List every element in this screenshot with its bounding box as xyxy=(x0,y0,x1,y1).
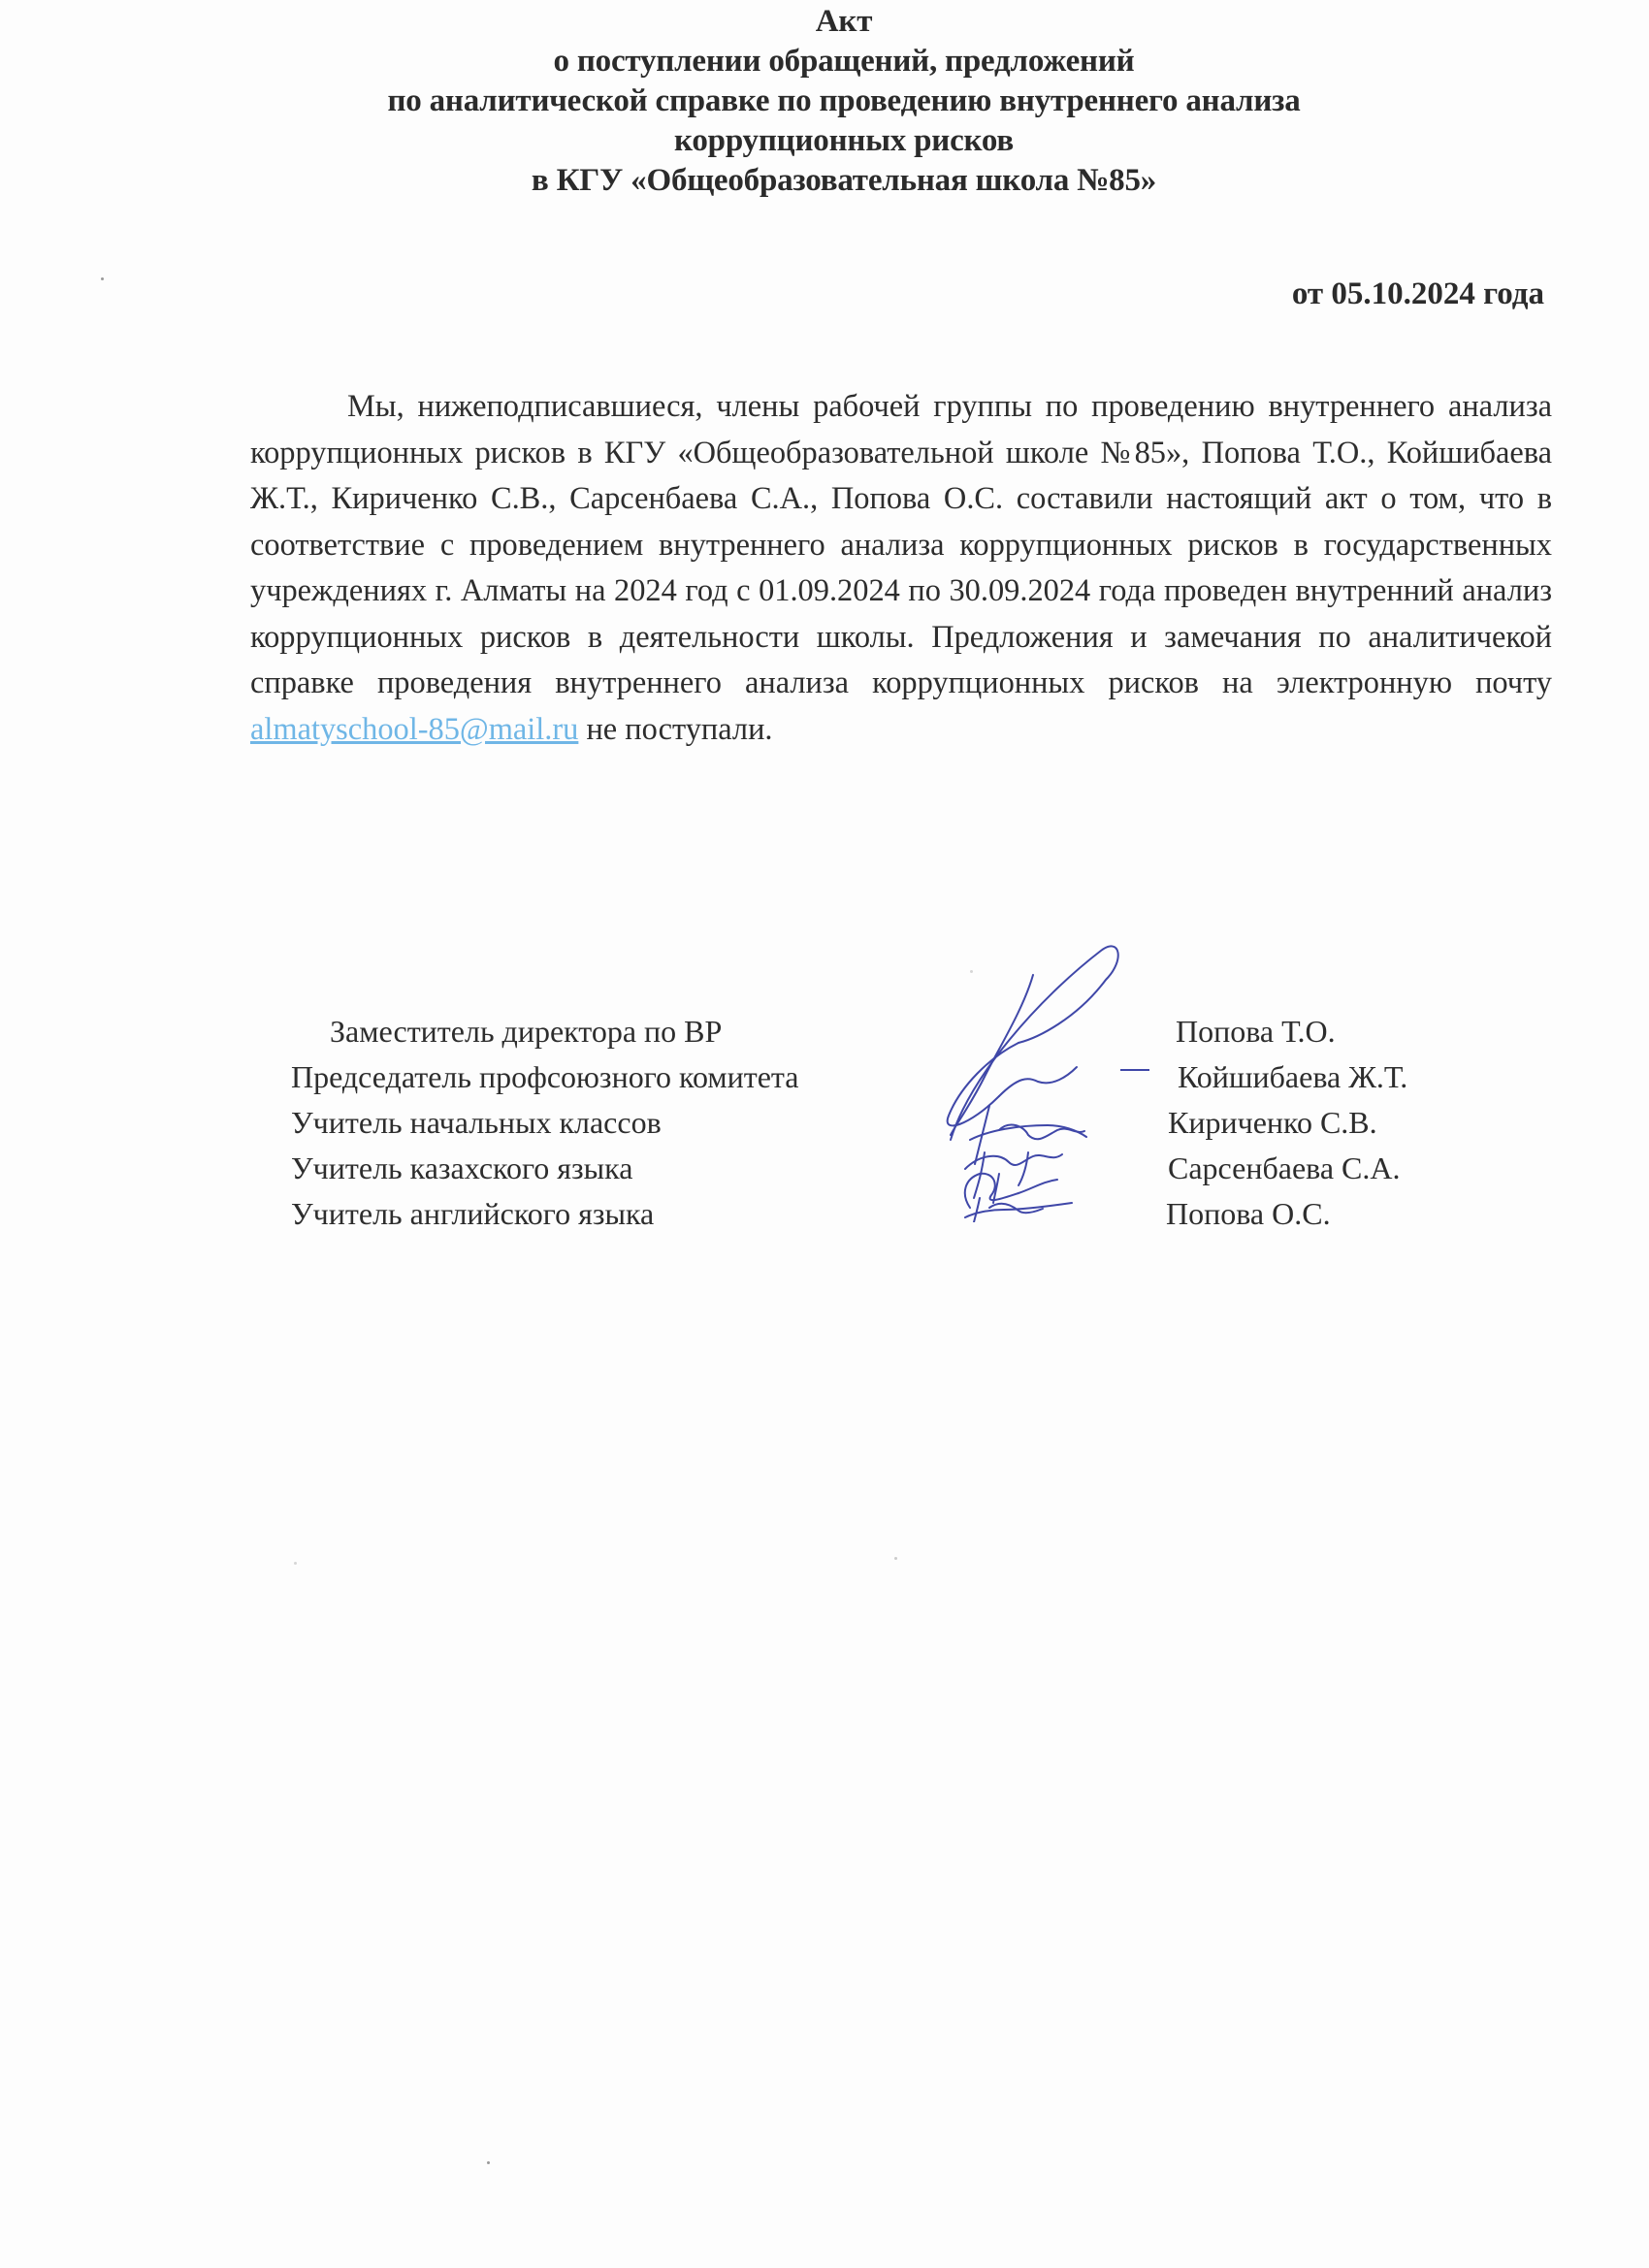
scan-speck xyxy=(894,1557,897,1560)
email-link[interactable]: almatyschool-85@mail.ru xyxy=(250,712,578,747)
signatory-name: Попова О.С. xyxy=(1166,1191,1331,1237)
scan-speck xyxy=(294,1562,297,1565)
title-line-reference: по аналитической справке по проведению в… xyxy=(252,81,1436,121)
body-text-main: Мы, нижеподписавшиеся, члены рабочей гру… xyxy=(250,389,1552,700)
signatory-row: Учитель казахского языка Сарсенбаева С.А… xyxy=(0,1146,1649,1191)
signatory-role: Учитель казахского языка xyxy=(291,1146,632,1191)
document-page: Акт о поступлении обращений, предложений… xyxy=(0,0,1649,2268)
signatory-role: Заместитель директора по ВР xyxy=(330,1009,722,1054)
title-line-act: Акт xyxy=(252,2,1436,42)
document-date: от 05.10.2024 года xyxy=(1292,275,1544,314)
scan-speck xyxy=(101,277,104,280)
scan-speck xyxy=(970,970,973,973)
signatory-name: Койшибаева Ж.Т. xyxy=(1178,1054,1407,1100)
signatory-row: Заместитель директора по ВР Попова Т.О. xyxy=(0,1009,1649,1054)
signatory-row: Учитель английского языка Попова О.С. xyxy=(0,1191,1649,1237)
signatory-role: Председатель профсоюзного комитета xyxy=(291,1054,798,1100)
signatory-role: Учитель начальных классов xyxy=(291,1100,662,1146)
signatory-name: Попова Т.О. xyxy=(1176,1009,1336,1054)
signatory-row: Учитель начальных классов Кириченко С.В. xyxy=(0,1100,1649,1146)
signatory-role: Учитель английского языка xyxy=(291,1191,654,1237)
signatories-list: Заместитель директора по ВР Попова Т.О. … xyxy=(0,1009,1649,1242)
document-body: Мы, нижеподписавшиеся, члены рабочей гру… xyxy=(250,384,1552,753)
title-line-risks: коррупционных рисков xyxy=(252,121,1436,161)
document-title: Акт о поступлении обращений, предложений… xyxy=(252,2,1436,201)
signatory-name: Кириченко С.В. xyxy=(1168,1100,1377,1146)
body-text-end: не поступали. xyxy=(578,712,772,747)
signatory-name: Сарсенбаева С.А. xyxy=(1168,1146,1401,1191)
title-line-institution: в КГУ «Общеобразовательная школа №85» xyxy=(252,161,1436,201)
title-line-subject: о поступлении обращений, предложений xyxy=(252,42,1436,81)
signatory-row: Председатель профсоюзного комитета Койши… xyxy=(0,1054,1649,1100)
scan-speck xyxy=(487,2161,490,2164)
